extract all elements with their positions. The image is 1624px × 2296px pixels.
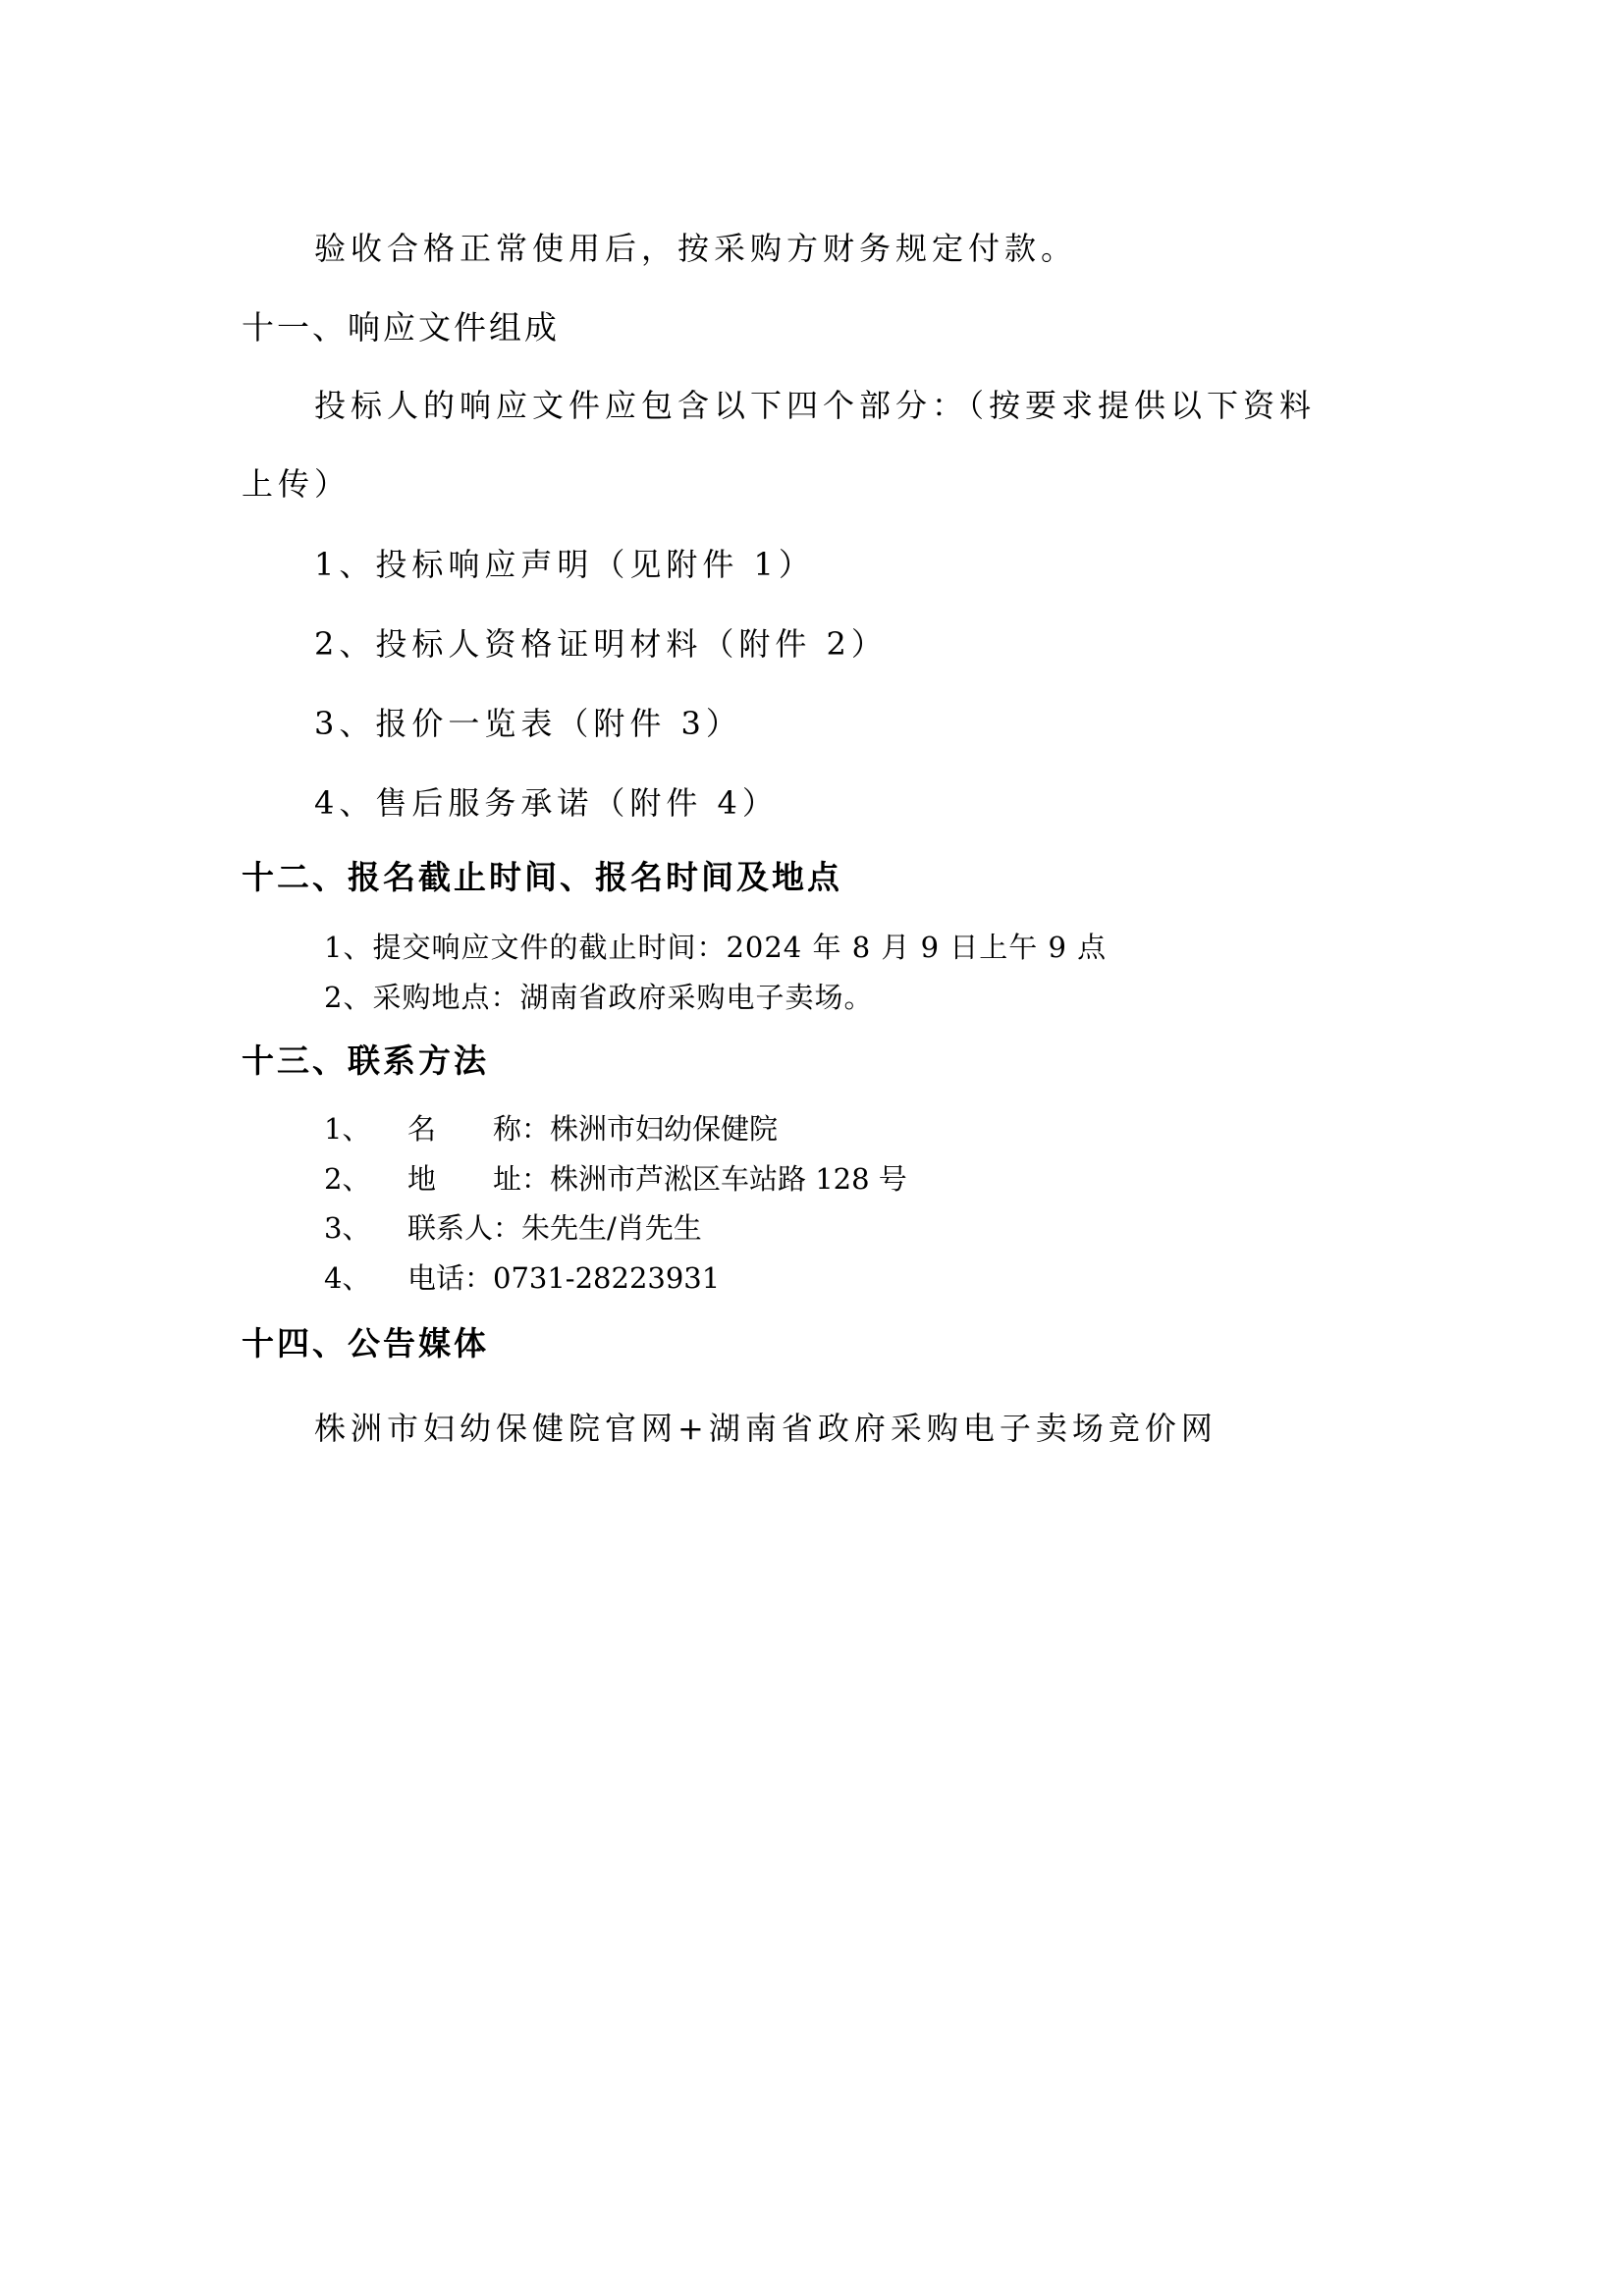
list-item: 1、提交响应文件的截止时间：2024 年 8 月 9 日上午 9 点: [324, 934, 1107, 962]
list-item: 3、报价一览表（附件 3）: [314, 708, 742, 739]
section-11-heading: 十一、响应文件组成: [242, 311, 560, 344]
list-item: 1、投标响应声明（见附件 1）: [314, 549, 815, 580]
contact-number: 4、: [324, 1264, 370, 1293]
contact-number: 3、: [324, 1214, 370, 1243]
contact-text: 电话：0731-28223931: [407, 1264, 720, 1293]
section-12-heading: 十二、报名截止时间、报名时间及地点: [242, 861, 842, 893]
section-13-heading: 十三、联系方法: [242, 1044, 489, 1077]
contact-text: 地 址：株洲市芦淞区车站路 128 号: [407, 1165, 907, 1194]
list-item: 4、售后服务承诺（附件 4）: [314, 787, 779, 819]
section-11-intro: 投标人的响应文件应包含以下四个部分：（按要求提供以下资料: [314, 390, 1316, 421]
contact-text: 联系人：朱先生/肖先生: [407, 1214, 702, 1243]
contact-number: 1、: [324, 1115, 370, 1144]
contact-text: 名 称：株洲市妇幼保健院: [407, 1115, 778, 1144]
section-11-intro-cont: 上传）: [242, 468, 351, 500]
section-14-heading: 十四、公告媒体: [242, 1327, 489, 1360]
announcement-media-text: 株洲市妇幼保健院官网+湖南省政府采购电子卖场竞价网: [314, 1413, 1218, 1444]
contact-number: 2、: [324, 1165, 370, 1194]
list-item: 2、采购地点：湖南省政府采购电子卖场。: [324, 984, 873, 1012]
list-item: 2、投标人资格证明材料（附件 2）: [314, 628, 888, 660]
payment-terms-text: 验收合格正常使用后，按采购方财务规定付款。: [314, 233, 1077, 264]
